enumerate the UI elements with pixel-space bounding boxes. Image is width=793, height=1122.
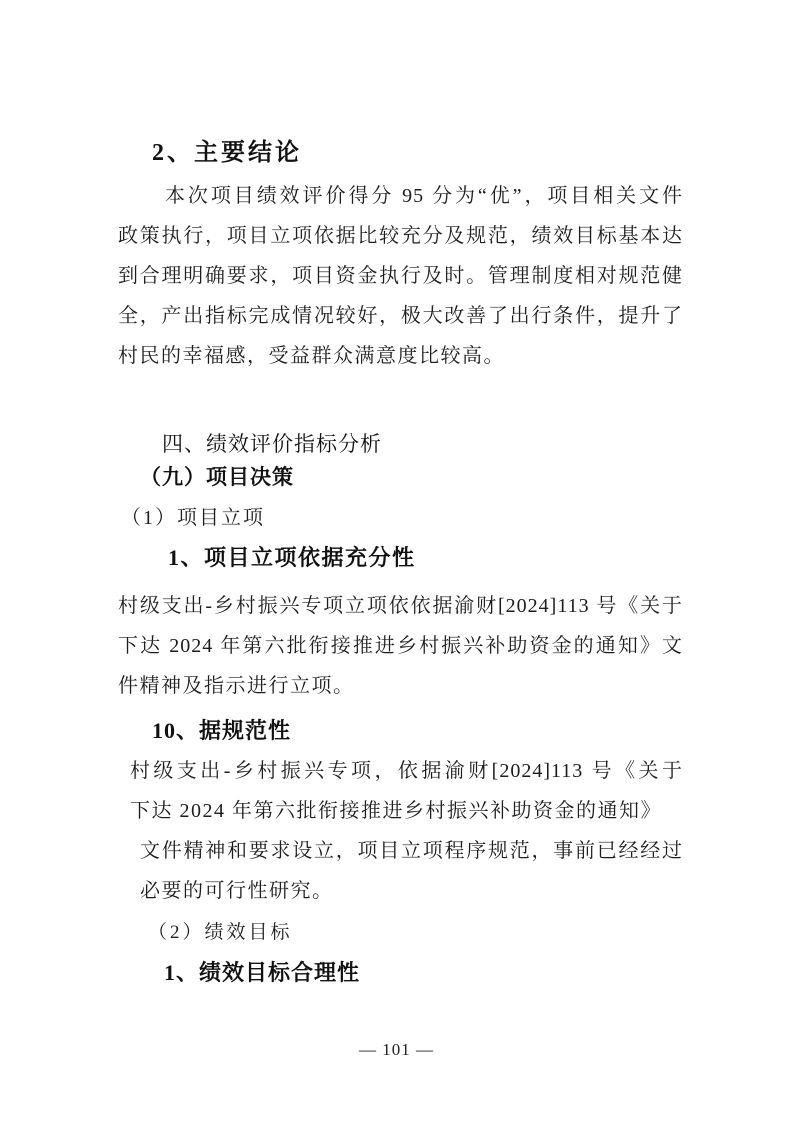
paragraph-line: 全，产出指标完成情况较好，极大改善了出行条件，提升了: [118, 296, 683, 336]
label-item-performance-goals: （2）绩效目标: [148, 913, 293, 953]
paragraph-line: 下达 2024 年第六批衔接推进乡村振兴补助资金的通知》: [130, 791, 683, 831]
paragraph-line: 本次项目绩效评价得分 95 分为“优”，项目相关文件: [118, 176, 683, 216]
page-number: — 101 —: [0, 1030, 793, 1070]
paragraph-line: 到合理明确要求，项目资金执行及时。管理制度相对规范健: [118, 256, 683, 296]
heading-main-conclusions: 2、主要结论: [152, 133, 302, 173]
paragraph-line: 件精神及指示进行立项。: [118, 666, 683, 706]
paragraph-line: 政策执行，项目立项依据比较充分及规范，绩效目标基本达: [118, 216, 683, 256]
heading-point-goal-reasonableness: 1、绩效目标合理性: [164, 953, 360, 993]
paragraph-line: 村级支出-乡村振兴专项立项依依据渝财[2024]113 号《关于: [118, 586, 683, 626]
heading-point-initiation-basis: 1、项目立项依据充分性: [168, 538, 416, 578]
paragraph-line: 文件精神和要求设立，项目立项程序规范，事前已经经过: [140, 831, 683, 871]
paragraph-line: 村级支出-乡村振兴专项，依据渝财[2024]113 号《关于: [130, 751, 683, 791]
heading-point-basis-compliance: 10、据规范性: [152, 711, 291, 751]
paragraph-line: 下达 2024 年第六批衔接推进乡村振兴补助资金的通知》文: [118, 626, 683, 666]
heading-subsection-project-decision: （九）项目决策: [140, 458, 294, 498]
document-page: 2、主要结论 本次项目绩效评价得分 95 分为“优”，项目相关文件 政策执行，项…: [0, 0, 793, 1122]
paragraph-line: 村民的幸福感，受益群众满意度比较高。: [118, 336, 683, 376]
label-item-project-initiation: （1）项目立项: [121, 498, 265, 538]
paragraph-line: 必要的可行性研究。: [140, 871, 683, 911]
